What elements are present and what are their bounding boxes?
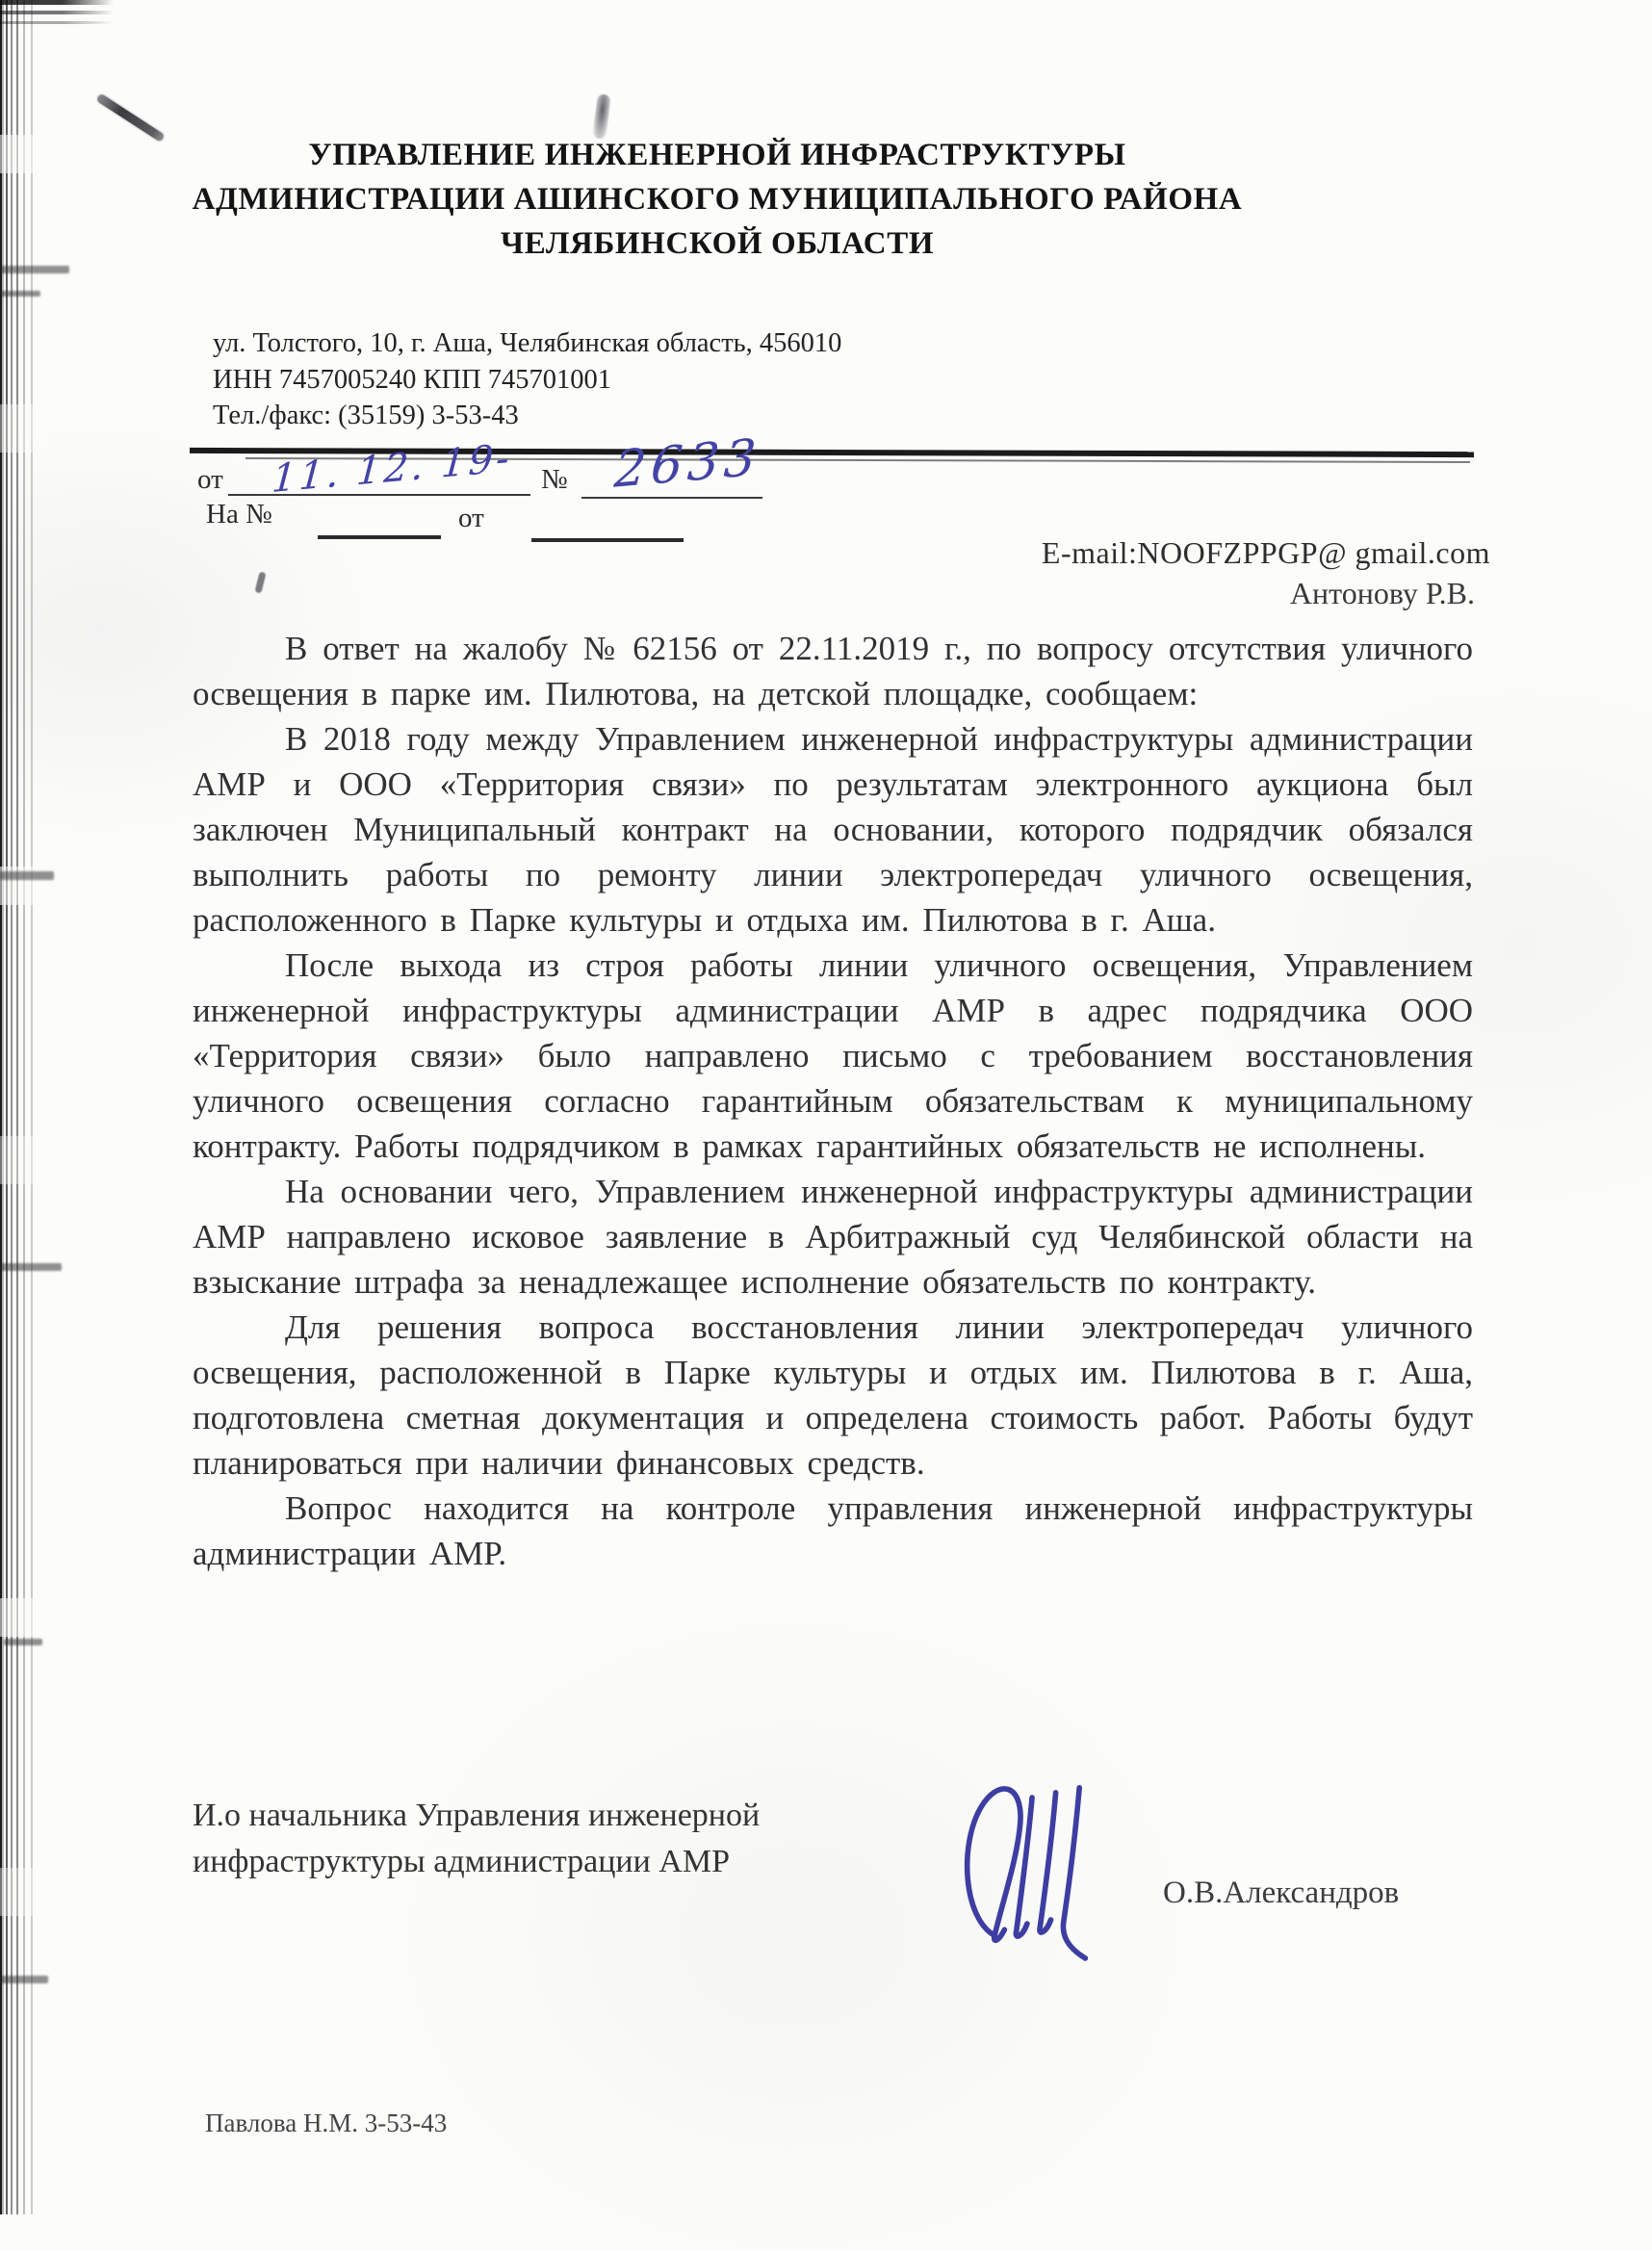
- letterhead-address: ул. Толстого, 10, г. Аша, Челябинская об…: [213, 325, 944, 434]
- handwritten-signature: [948, 1754, 1112, 1961]
- body-paragraph: В ответ на жалобу № 62156 от 22.11.2019 …: [193, 626, 1473, 716]
- body-paragraph: В 2018 году между Управлением инженерной…: [193, 716, 1473, 943]
- address-phone-line: Тел./факс: (35159) 3-53-43: [213, 398, 944, 434]
- signer-position-line: И.о начальника Управления инженерной: [193, 1793, 905, 1839]
- scan-artifact: [0, 266, 69, 273]
- body-paragraph: Для решения вопроса восстановления линии…: [193, 1305, 1473, 1486]
- scan-artifact: [0, 1263, 62, 1271]
- scan-corner-artifact: [0, 0, 114, 46]
- signer-position: И.о начальника Управления инженерной инф…: [193, 1793, 905, 1885]
- body-paragraph: На основании чего, Управлением инженерно…: [193, 1169, 1473, 1305]
- letterhead-title-line: ЧЕЛЯБИНСКОЙ ОБЛАСТИ: [72, 221, 1362, 266]
- executor-contact: Павлова Н.М. 3-53-43: [205, 2109, 447, 2138]
- signer-position-line: инфраструктуры администрации АМР: [193, 1839, 905, 1885]
- letterhead-title-line: АДМИНИСТРАЦИИ АШИНСКОГО МУНИЦИПАЛЬНОГО Р…: [72, 177, 1362, 221]
- recipient-block: E-mail:NOOFZPPGP@ gmail.com Антонову Р.В…: [1011, 532, 1490, 613]
- ink-tick: [254, 571, 266, 593]
- recipient-email: E-mail:NOOFZPPGP@ gmail.com: [1011, 532, 1490, 573]
- address-inn-line: ИНН 7457005240 КПП 745701001: [213, 362, 944, 399]
- handwritten-number: 2633: [612, 428, 762, 500]
- body-paragraph: После выхода из строя работы линии уличн…: [193, 943, 1473, 1169]
- scan-artifact: [4, 1639, 42, 1645]
- date-underline: [228, 494, 530, 496]
- from-label: от: [197, 464, 223, 496]
- address-street-line: ул. Толстого, 10, г. Аша, Челябинская об…: [213, 325, 944, 362]
- scan-artifact: [0, 291, 40, 297]
- reply-date-blank: [531, 538, 684, 542]
- scanned-letter-page: УПРАВЛЕНИЕ ИНЖЕНЕРНОЙ ИНФРАСТРУКТУРЫ АДМ…: [0, 0, 1652, 2251]
- number-label: №: [541, 464, 568, 496]
- reply-number-blank: [318, 535, 441, 539]
- scan-artifact: [0, 1976, 48, 1983]
- scan-artifact: [0, 871, 54, 880]
- recipient-name: Антонову Р.В.: [1011, 573, 1490, 613]
- letterhead-title: УПРАВЛЕНИЕ ИНЖЕНЕРНОЙ ИНФРАСТРУКТУРЫ АДМ…: [72, 133, 1362, 266]
- number-underline: [581, 497, 762, 499]
- reply-from-label: от: [458, 503, 484, 534]
- scan-edge-artifact: [0, 0, 44, 2214]
- signer-name: О.В.Александров: [1163, 1876, 1399, 1911]
- body-paragraph: Вопрос находится на контроле управления …: [193, 1486, 1473, 1576]
- letter-body: В ответ на жалобу № 62156 от 22.11.2019 …: [193, 626, 1473, 1576]
- handwritten-date: 11. 12. 19-: [271, 436, 513, 502]
- reply-to-label: На №: [206, 499, 272, 530]
- letterhead-title-line: УПРАВЛЕНИЕ ИНЖЕНЕРНОЙ ИНФРАСТРУКТУРЫ: [72, 133, 1362, 177]
